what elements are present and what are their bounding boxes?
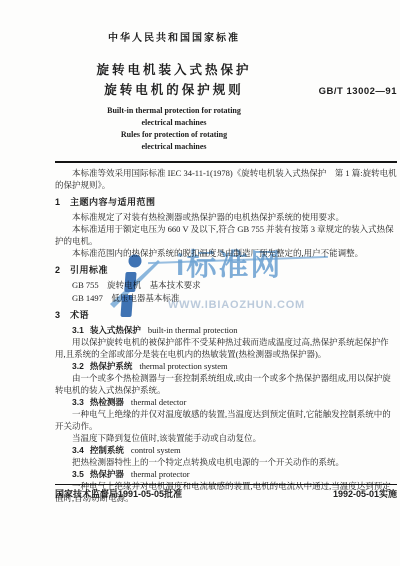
term-name-en: built-in thermal protection (148, 325, 238, 335)
term-heading: 3.5热保护器thermal protector (55, 468, 397, 480)
title-en-line3: Rules for protection of rotating (55, 129, 293, 141)
term-name-cn: 热保护器 (90, 469, 124, 479)
term-number: 3.1 (72, 325, 84, 335)
term-name-en: thermal detector (131, 397, 186, 407)
term-definition: 一种电气上绝缘的并仅对温度敏感的装置,当温度达到预定值时,它能触发控制系统中的开… (55, 408, 397, 432)
document-body: 本标准等效采用国际标准 IEC 34-11-1(1978)《旋转电机装入式热保护… (55, 167, 397, 504)
implementation-note: 1992-05-01实施 (333, 489, 397, 500)
term-name-cn: 装入式热保护 (90, 325, 141, 335)
term-definition: 由一个或多个热检测器与一套控制系统组成,或由一个或多个热保护器组成,用以保护旋转… (55, 372, 397, 396)
header-title-block: 中华人民共和国国家标准 旋转电机装入式热保护 旋转电机的保护规则 Built-i… (55, 33, 293, 153)
referenced-standard: GB 1497 低压电器基本标准 (55, 292, 397, 304)
title-cn-line2: 旋转电机的保护规则 (55, 80, 293, 100)
term-entry: 3.3热检测器thermal detector 一种电气上绝缘的并仅对温度敏感的… (55, 396, 397, 444)
term-name-en: thermal protector (131, 469, 190, 479)
title-en-line4: electrical machines (55, 141, 293, 153)
standard-document-page: 中华人民共和国国家标准 旋转电机装入式热保护 旋转电机的保护规则 Built-i… (0, 0, 400, 566)
term-name-en: control system (131, 445, 181, 455)
term-heading: 3.4控制系统control system (55, 444, 397, 456)
term-name-cn: 热保护系统 (90, 361, 133, 371)
term-entry: 3.2热保护系统thermal protection system 由一个或多个… (55, 360, 397, 396)
term-definition: 把热检测器特性上的一个特定点转换成电机电源的一个开关动作的系统。 (55, 456, 397, 468)
term-number: 3.3 (72, 397, 84, 407)
national-standard-label: 中华人民共和国国家标准 (55, 33, 293, 45)
term-heading: 3.3热检测器thermal detector (55, 396, 397, 408)
term-number: 3.5 (72, 469, 84, 479)
term-heading: 3.1装入式热保护built-in thermal protection (55, 324, 397, 336)
term-name-en: thermal protection system (139, 361, 227, 371)
title-en-line1: Built-in thermal protection for rotating (55, 105, 293, 117)
document-footer: 国家技术监督局1991-05-05批准 1992-05-01实施 (55, 484, 397, 500)
section-2-heading: 2 引用标准 (55, 264, 397, 276)
term-number: 3.2 (72, 361, 84, 371)
section-1-paragraph: 本标准适用于额定电压为 660 V 及以下,符合 GB 755 并装有按第 3 … (55, 223, 397, 247)
term-number: 3.4 (72, 445, 84, 455)
document-header: 中华人民共和国国家标准 旋转电机装入式热保护 旋转电机的保护规则 Built-i… (55, 33, 397, 153)
term-entry: 3.4控制系统control system 把热检测器特性上的一个特定点转换成电… (55, 444, 397, 468)
section-1-paragraph: 本标准规定了对装有热检测器或热保护器的电机热保护系统的使用要求。 (55, 211, 397, 223)
term-definition: 用以保护旋转电机的被保护部件不受某种热过载而造成温度过高,热保护系统起保护作用,… (55, 336, 397, 360)
title-cn-line1: 旋转电机装入式热保护 (55, 60, 293, 80)
title-en-line2: electrical machines (55, 117, 293, 129)
referenced-standards-list: GB 755 旋转电机 基本技术要求 GB 1497 低压电器基本标准 (55, 279, 397, 304)
referenced-standard: GB 755 旋转电机 基本技术要求 (55, 279, 397, 291)
section-1-paragraph: 本标准范围内的热保护系统的脱扣温度是由制造厂预先整定的,用户不能调整。 (55, 247, 397, 259)
standard-code: GB/T 13002—91 (319, 86, 397, 98)
term-definition: 当温度下降到复位值时,该装置能手动或自动复位。 (55, 432, 397, 444)
term-name-cn: 热检测器 (90, 397, 124, 407)
document-content: 中华人民共和国国家标准 旋转电机装入式热保护 旋转电机的保护规则 Built-i… (55, 33, 397, 504)
term-entry: 3.1装入式热保护built-in thermal protection 用以保… (55, 324, 397, 360)
preamble-paragraph: 本标准等效采用国际标准 IEC 34-11-1(1978)《旋转电机装入式热保护… (55, 167, 397, 191)
term-name-cn: 控制系统 (90, 445, 124, 455)
section-3-heading: 3 术语 (55, 309, 397, 321)
section-1-heading: 1 主题内容与适用范围 (55, 196, 397, 208)
approval-note: 国家技术监督局1991-05-05批准 (55, 489, 182, 500)
term-heading: 3.2热保护系统thermal protection system (55, 360, 397, 372)
title-en: Built-in thermal protection for rotating… (55, 105, 293, 153)
header-divider (55, 161, 397, 163)
